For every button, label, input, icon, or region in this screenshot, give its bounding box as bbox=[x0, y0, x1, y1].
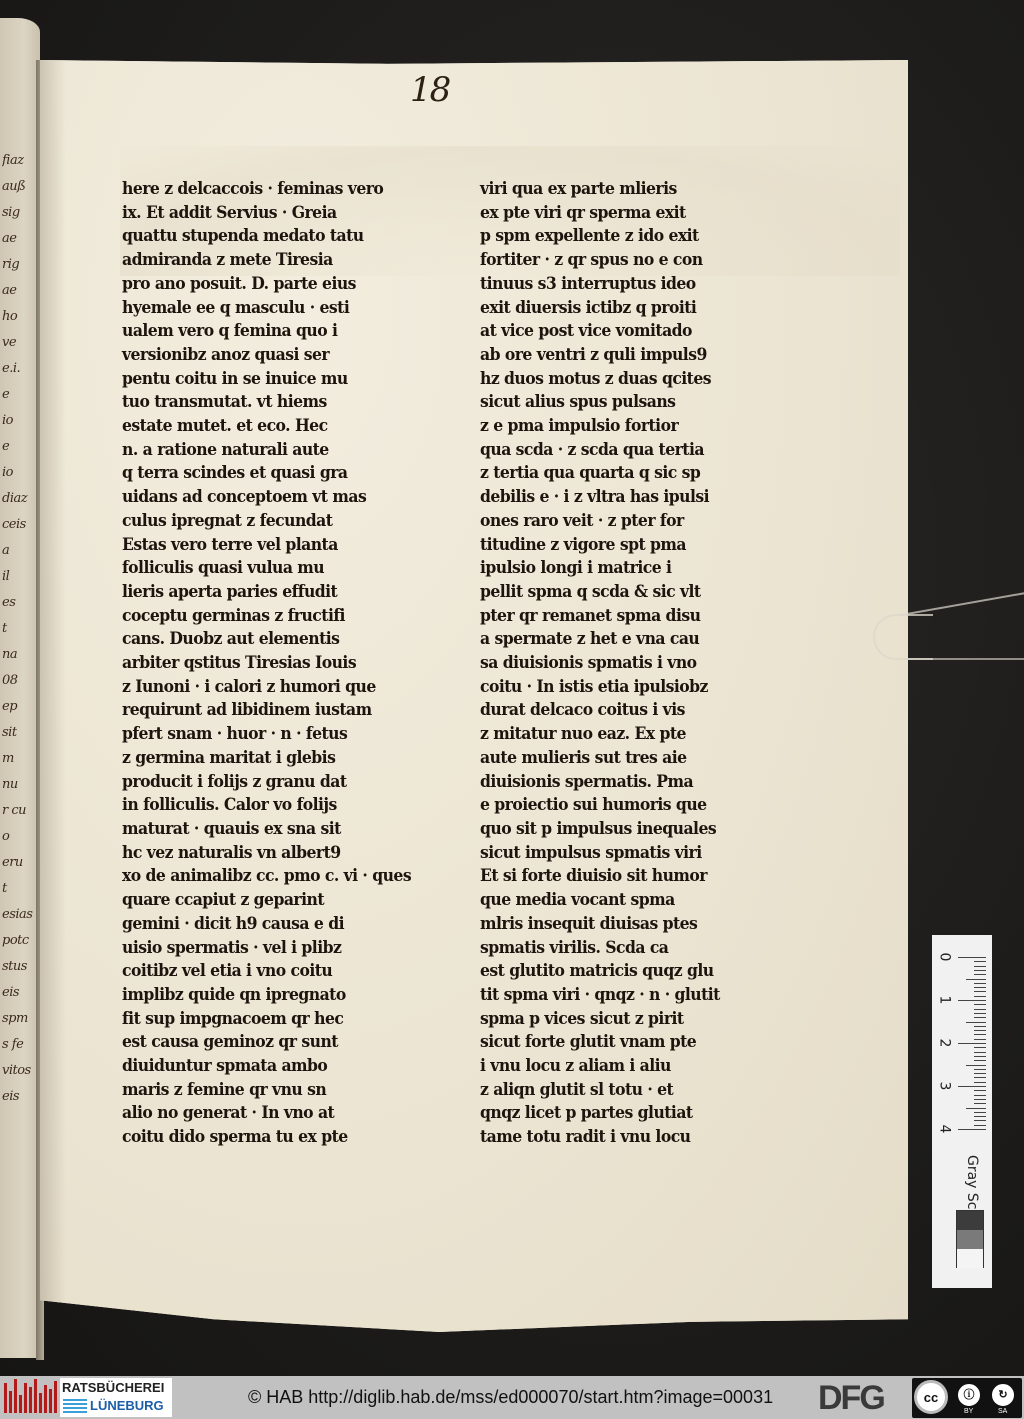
facing-page-line: eis bbox=[2, 1084, 38, 1110]
facing-page-text: fiazaußsigaerigaehovee.i.eioeiodiazceisa… bbox=[2, 148, 38, 1110]
manuscript-line: e proiectio sui humoris que bbox=[480, 794, 747, 818]
ruler-tick bbox=[974, 1120, 986, 1121]
manuscript-line: sa diuisionis spmatis i vno bbox=[480, 652, 747, 676]
manuscript-line: z Iunoni · i calori z humori que bbox=[122, 676, 389, 700]
manuscript-line: durat delcaco coitus i vis bbox=[480, 699, 747, 723]
manuscript-line: tame totu radit i vnu locu bbox=[480, 1126, 747, 1150]
ruler-tick bbox=[974, 1125, 986, 1126]
ruler-tick bbox=[966, 1022, 986, 1023]
facing-page-line: eru bbox=[2, 850, 38, 876]
ruler-tick bbox=[974, 966, 986, 967]
ruler-tick bbox=[974, 1013, 986, 1014]
ruler-number: 1 bbox=[936, 996, 952, 1005]
manuscript-line: ualem vero q femina quo i bbox=[122, 320, 389, 344]
footer-bar: RATSBÜCHEREI LÜNEBURG © HAB http://digli… bbox=[0, 1376, 1024, 1419]
manuscript-line: hc vez naturalis vn albert9 bbox=[122, 842, 389, 866]
logo-bar bbox=[54, 1381, 57, 1413]
ruler-tick bbox=[974, 983, 986, 984]
manuscript-line: coitu dido sperma tu ex pte bbox=[122, 1126, 389, 1150]
facing-page-line: stus bbox=[2, 954, 38, 980]
ruler-tick bbox=[966, 1108, 986, 1109]
manuscript-line: xo de animalibz cc. pmo c. vi · ques bbox=[122, 865, 389, 889]
ruler-tick bbox=[974, 1017, 986, 1018]
manuscript-line: spmatis virilis. Scda ca bbox=[480, 937, 747, 961]
logo-bar bbox=[34, 1379, 37, 1413]
facing-page-line: io bbox=[2, 460, 38, 486]
facing-page-line: a bbox=[2, 538, 38, 564]
manuscript-line: z aliqn glutit sl totu · et bbox=[480, 1079, 747, 1103]
ruler-tick bbox=[974, 1099, 986, 1100]
ruler-tick bbox=[974, 1056, 986, 1057]
ruler-tick bbox=[974, 991, 986, 992]
manuscript-line: ipulsio longi i matrice i bbox=[480, 557, 747, 581]
manuscript-scan: fiazaußsigaerigaehovee.i.eioeiodiazceisa… bbox=[0, 0, 1024, 1376]
ruler-tick bbox=[974, 1039, 986, 1040]
logo-line-1: RATSBÜCHEREI bbox=[62, 1380, 164, 1395]
ratsbuecherei-bars-logo-icon bbox=[2, 1380, 58, 1415]
manuscript-line: pellit spma q scda & sic vlt bbox=[480, 581, 747, 605]
manuscript-line: z germina maritat i glebis bbox=[122, 747, 389, 771]
facing-page-line: sit bbox=[2, 720, 38, 746]
ruler-number: 0 bbox=[936, 953, 952, 962]
manuscript-line: cans. Duobz aut elementis bbox=[122, 628, 389, 652]
facing-page-line: s fe bbox=[2, 1032, 38, 1058]
ruler-tick bbox=[974, 961, 986, 962]
manuscript-line: pro ano posuit. D. parte eius bbox=[122, 273, 389, 297]
manuscript-line: z e pma impulsio fortior bbox=[480, 415, 747, 439]
manuscript-line: quare ccapiut z geparint bbox=[122, 889, 389, 913]
clip-loop bbox=[873, 614, 933, 660]
facing-page-line: auß bbox=[2, 174, 38, 200]
facing-page-line: eis bbox=[2, 980, 38, 1006]
facing-page-line: sig bbox=[2, 200, 38, 226]
manuscript-line: ex pte viri qr sperma exit bbox=[480, 202, 747, 226]
logo-bar bbox=[44, 1385, 47, 1413]
manuscript-line: gemini · dicit h9 causa e di bbox=[122, 913, 389, 937]
ruler-tick bbox=[966, 1065, 986, 1066]
facing-page-line: diaz bbox=[2, 486, 38, 512]
manuscript-line: tit spma viri · qnqz · n · glutit bbox=[480, 984, 747, 1008]
manuscript-line: maris z femine qr vnu sn bbox=[122, 1079, 389, 1103]
ruler-number: 3 bbox=[936, 1082, 952, 1091]
ruler-tick bbox=[974, 970, 986, 971]
ruler-tick bbox=[974, 1073, 986, 1074]
facing-page-line: ae bbox=[2, 226, 38, 252]
ruler-tick bbox=[974, 1069, 986, 1070]
manuscript-line: versionibz anoz quasi ser bbox=[122, 344, 389, 368]
manuscript-line: fortiter · z qr spus no e con bbox=[480, 249, 747, 273]
manuscript-line: z tertia qua quarta q sic sp bbox=[480, 462, 747, 486]
facing-page-line: r cu bbox=[2, 798, 38, 824]
logo-bar bbox=[29, 1387, 32, 1413]
cc-icon: cc bbox=[914, 1380, 948, 1414]
manuscript-line: mlris insequit diuisas ptes bbox=[480, 913, 747, 937]
facing-page-line: ho bbox=[2, 304, 38, 330]
measurement-ruler: Gray Scale 01234 bbox=[932, 935, 992, 1288]
manuscript-line: que media vocant spma bbox=[480, 889, 747, 913]
manuscript-line: here z delcaccois · feminas vero bbox=[122, 178, 389, 202]
by-label: BY bbox=[964, 1408, 973, 1415]
manuscript-line: coitibz vel etia i vno coitu bbox=[122, 960, 389, 984]
text-column-right: viri qua ex parte mlierisex pte viri qr … bbox=[480, 178, 770, 1150]
manuscript-line: ones raro veit · z pter for bbox=[480, 510, 747, 534]
page-clip bbox=[873, 600, 1024, 674]
manuscript-line: requirunt ad libidinem iustam bbox=[122, 699, 389, 723]
manuscript-line: spma p vices sicut z pirit bbox=[480, 1008, 747, 1032]
facing-page-line: spm bbox=[2, 1006, 38, 1032]
ruler-tick bbox=[958, 1000, 986, 1001]
logo-bar bbox=[24, 1383, 27, 1413]
manuscript-line: uisio spermatis · vel i plibz bbox=[122, 937, 389, 961]
folio-number: 18 bbox=[410, 70, 449, 110]
manuscript-line: qnqz licet p partes glutiat bbox=[480, 1102, 747, 1126]
manuscript-page: 18 here z delcaccois · feminas veroix. E… bbox=[40, 60, 908, 1332]
logo-bar bbox=[19, 1395, 22, 1413]
ruler-tick bbox=[958, 1043, 986, 1044]
facing-page-line: esias bbox=[2, 902, 38, 928]
ruler-tick bbox=[974, 1082, 986, 1083]
facing-page-line: vitos bbox=[2, 1058, 38, 1084]
manuscript-line: ab ore ventri z quli impuls9 bbox=[480, 344, 747, 368]
by-attribution-icon: ⓘ bbox=[956, 1382, 982, 1408]
manuscript-line: Estas vero terre vel planta bbox=[122, 534, 389, 558]
manuscript-line: est causa geminoz qr sunt bbox=[122, 1031, 389, 1055]
logo-bar bbox=[14, 1379, 17, 1413]
manuscript-line: estate mutet. et eco. Hec bbox=[122, 415, 389, 439]
ruler-tick bbox=[958, 957, 986, 958]
manuscript-line: coceptu germinas z fructifi bbox=[122, 605, 389, 629]
dfg-logo[interactable]: DFG bbox=[818, 1381, 884, 1415]
manuscript-line: producit i folijs z granu dat bbox=[122, 771, 389, 795]
manuscript-line: sicut alius spus pulsans bbox=[480, 391, 747, 415]
facing-page-line: ae bbox=[2, 278, 38, 304]
gray-swatch bbox=[957, 1230, 983, 1249]
sa-label: SA bbox=[998, 1408, 1007, 1415]
manuscript-line: aute mulieris sut tres aie bbox=[480, 747, 747, 771]
manuscript-line: tuo transmutat. vt hiems bbox=[122, 391, 389, 415]
clip-arm-lower bbox=[901, 658, 1024, 660]
open-book-icon bbox=[63, 1399, 87, 1413]
manuscript-line: lieris aperta paries effudit bbox=[122, 581, 389, 605]
manuscript-line: folliculis quasi vulua mu bbox=[122, 557, 389, 581]
facing-page-line: e bbox=[2, 382, 38, 408]
manuscript-line: maturat · quauis ex sna sit bbox=[122, 818, 389, 842]
facing-page-line: ceis bbox=[2, 512, 38, 538]
manuscript-line: n. a ratione naturali aute bbox=[122, 439, 389, 463]
manuscript-line: pter qr remanet spma disu bbox=[480, 605, 747, 629]
logo-bar bbox=[39, 1393, 42, 1413]
sa-share-alike-icon: ↻ bbox=[990, 1382, 1016, 1408]
ruler-tick bbox=[974, 1077, 986, 1078]
manuscript-line: exit diuersis ictibz q proiti bbox=[480, 297, 747, 321]
manuscript-line: culus ipregnat z fecundat bbox=[122, 510, 389, 534]
ruler-number: 2 bbox=[936, 1039, 952, 1048]
facing-page-line: es bbox=[2, 590, 38, 616]
clip-arm-upper bbox=[901, 588, 1024, 616]
ruler-tick bbox=[974, 1052, 986, 1053]
facing-page-line: ve bbox=[2, 330, 38, 356]
gray-swatch bbox=[957, 1211, 983, 1230]
manuscript-line: diuiduntur spmata ambo bbox=[122, 1055, 389, 1079]
manuscript-line: pfert snam · huor · n · fetus bbox=[122, 723, 389, 747]
facing-page-line: ep bbox=[2, 694, 38, 720]
ruler-tick bbox=[974, 1090, 986, 1091]
manuscript-line: arbiter qstitus Tiresias Iouis bbox=[122, 652, 389, 676]
manuscript-line: quo sit p impulsus inequales bbox=[480, 818, 747, 842]
manuscript-line: hyemale ee q masculu · esti bbox=[122, 297, 389, 321]
facing-page-line: na bbox=[2, 642, 38, 668]
manuscript-line: hz duos motus z duas qcites bbox=[480, 368, 747, 392]
ruler-tick bbox=[958, 1129, 986, 1130]
cc-license-badge[interactable]: cc ⓘ ↻ BY SA bbox=[912, 1378, 1022, 1418]
ruler-number: 4 bbox=[936, 1125, 952, 1134]
text-column-left: here z delcaccois · feminas veroix. Et a… bbox=[122, 178, 412, 1150]
manuscript-line: i vnu locu z aliam i aliu bbox=[480, 1055, 747, 1079]
manuscript-line: diuisionis spermatis. Pma bbox=[480, 771, 747, 795]
manuscript-line: pentu coitu in se inuice mu bbox=[122, 368, 389, 392]
manuscript-line: Et si forte diuisio sit humor bbox=[480, 865, 747, 889]
facing-page-line: m bbox=[2, 746, 38, 772]
facing-page-line: t bbox=[2, 876, 38, 902]
ruler-tick bbox=[974, 1009, 986, 1010]
manuscript-line: p spm expellente z ido exit bbox=[480, 225, 747, 249]
manuscript-line: ix. Et addit Servius · Greia bbox=[122, 202, 389, 226]
facing-page-line: rig bbox=[2, 252, 38, 278]
ruler-tick bbox=[974, 1034, 986, 1035]
manuscript-line: q terra scindes et quasi gra bbox=[122, 462, 389, 486]
manuscript-line: est glutito matricis quqz glu bbox=[480, 960, 747, 984]
manuscript-line: implibz quide qn ipregnato bbox=[122, 984, 389, 1008]
ruler-tick bbox=[974, 1004, 986, 1005]
manuscript-line: at vice post vice vomitado bbox=[480, 320, 747, 344]
facing-page-line: 08 bbox=[2, 668, 38, 694]
ruler-tick bbox=[974, 1060, 986, 1061]
facing-page-line: e bbox=[2, 434, 38, 460]
facing-page-line: e.i. bbox=[2, 356, 38, 382]
manuscript-line: uidans ad conceptoem vt mas bbox=[122, 486, 389, 510]
facing-page-line: t bbox=[2, 616, 38, 642]
ruler-tick bbox=[974, 1030, 986, 1031]
ratsbuecherei-logo[interactable]: RATSBÜCHEREI LÜNEBURG bbox=[60, 1378, 172, 1417]
ruler-tick bbox=[958, 1086, 986, 1087]
manuscript-line: admiranda z mete Tiresia bbox=[122, 249, 389, 273]
facing-page-line: io bbox=[2, 408, 38, 434]
manuscript-line: qua scda · z scda qua tertia bbox=[480, 439, 747, 463]
copyright-link[interactable]: © HAB http://diglib.hab.de/mss/ed000070/… bbox=[248, 1387, 773, 1408]
ruler-tick bbox=[974, 974, 986, 975]
manuscript-line: debilis e · i z vltra has ipulsi bbox=[480, 486, 747, 510]
manuscript-line: titudine z vigore spt pma bbox=[480, 534, 747, 558]
gray-scale-swatches bbox=[956, 1210, 984, 1268]
ruler-tick bbox=[974, 1116, 986, 1117]
logo-bar bbox=[49, 1389, 52, 1413]
ruler-tick bbox=[974, 1095, 986, 1096]
logo-bar bbox=[9, 1391, 12, 1413]
manuscript-line: fit sup impgnacoem qr hec bbox=[122, 1008, 389, 1032]
manuscript-line: tinuus s3 interruptus ideo bbox=[480, 273, 747, 297]
manuscript-line: alio no generat · In vno at bbox=[122, 1102, 389, 1126]
manuscript-line: sicut impulsus spmatis viri bbox=[480, 842, 747, 866]
facing-page-line: il bbox=[2, 564, 38, 590]
ruler-tick bbox=[974, 1047, 986, 1048]
gray-swatch bbox=[957, 1249, 983, 1268]
facing-page-line: fiaz bbox=[2, 148, 38, 174]
facing-page-line: o bbox=[2, 824, 38, 850]
ruler-tick bbox=[966, 979, 986, 980]
manuscript-line: coitu · In istis etia ipulsiobz bbox=[480, 676, 747, 700]
logo-bar bbox=[4, 1383, 7, 1413]
manuscript-line: quattu stupenda medato tatu bbox=[122, 225, 389, 249]
manuscript-line: a spermate z het e vna cau bbox=[480, 628, 747, 652]
manuscript-line: viri qua ex parte mlieris bbox=[480, 178, 747, 202]
ruler-tick bbox=[974, 1026, 986, 1027]
facing-page-fragment: fiazaußsigaerigaehovee.i.eioeiodiazceisa… bbox=[0, 18, 40, 1358]
facing-page-line: potc bbox=[2, 928, 38, 954]
ruler-tick bbox=[974, 996, 986, 997]
facing-page-line: nu bbox=[2, 772, 38, 798]
manuscript-line: z mitatur nuo eaz. Ex pte bbox=[480, 723, 747, 747]
manuscript-line: in folliculis. Calor vo folijs bbox=[122, 794, 389, 818]
logo-line-2: LÜNEBURG bbox=[90, 1398, 164, 1413]
ruler-tick bbox=[974, 1112, 986, 1113]
manuscript-line: sicut forte glutit vnam pte bbox=[480, 1031, 747, 1055]
ruler-tick bbox=[974, 987, 986, 988]
ruler-tick bbox=[974, 1103, 986, 1104]
